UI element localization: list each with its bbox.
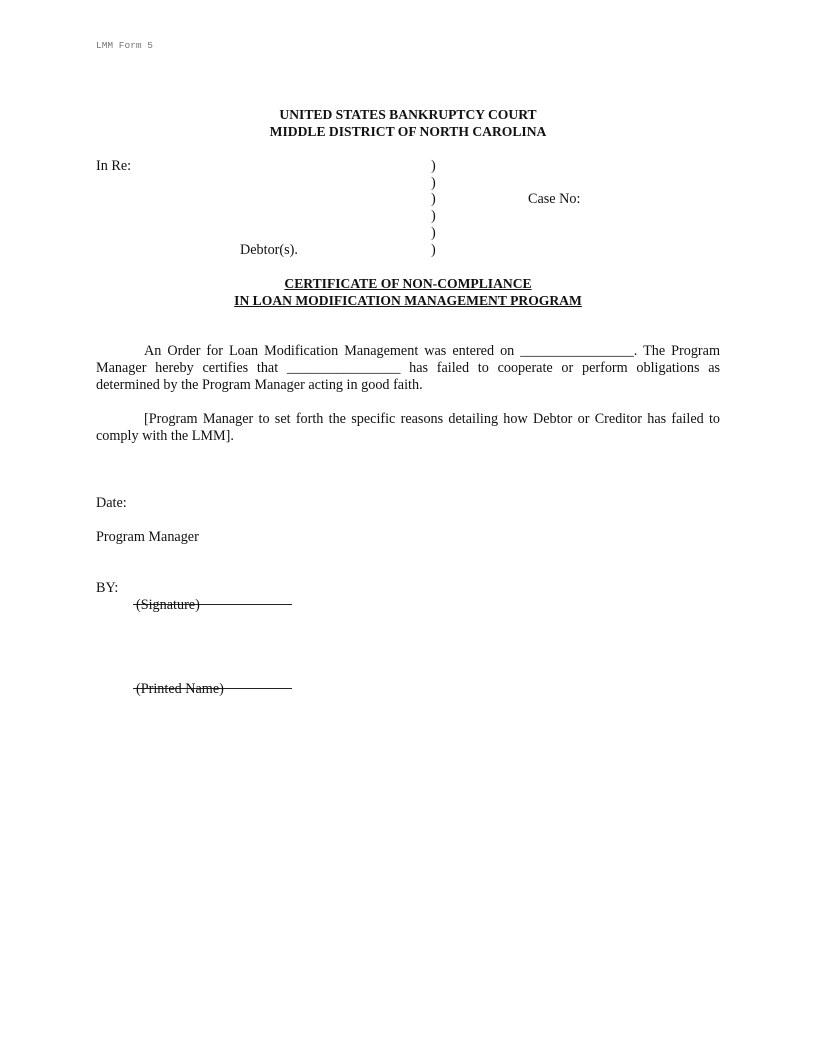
- in-re-label: In Re:: [96, 158, 131, 175]
- order-date-blank[interactable]: ________________: [520, 343, 634, 359]
- program-manager-label: Program Manager: [96, 529, 199, 546]
- caption-paren: ): [431, 175, 436, 192]
- party-name-blank[interactable]: ________________: [287, 360, 401, 376]
- date-label: Date:: [96, 495, 127, 512]
- caption-paren: ): [431, 225, 436, 242]
- case-no-label: Case No:: [528, 191, 580, 208]
- signature-caption: (Signature): [136, 597, 200, 614]
- caption-paren: ): [431, 242, 436, 259]
- court-name: UNITED STATES BANKRUPTCY COURT: [0, 107, 816, 123]
- court-district: MIDDLE DISTRICT OF NORTH CAROLINA: [0, 124, 816, 140]
- form-label: LMM Form 5: [96, 40, 153, 51]
- printed-name-caption: (Printed Name): [136, 681, 224, 698]
- certificate-title: CERTIFICATE OF NON-COMPLIANCE: [284, 276, 531, 291]
- caption-paren: ): [431, 208, 436, 225]
- certificate-subtitle: IN LOAN MODIFICATION MANAGEMENT PROGRAM: [234, 293, 582, 308]
- caption-paren: ): [431, 158, 436, 175]
- caption-paren: ): [431, 191, 436, 208]
- paragraph-reasons: [Program Manager to set forth the specif…: [96, 411, 720, 445]
- paragraph-order: An Order for Loan Modification Managemen…: [96, 343, 720, 394]
- debtor-label: Debtor(s).: [240, 242, 298, 259]
- by-label: BY:: [96, 580, 118, 597]
